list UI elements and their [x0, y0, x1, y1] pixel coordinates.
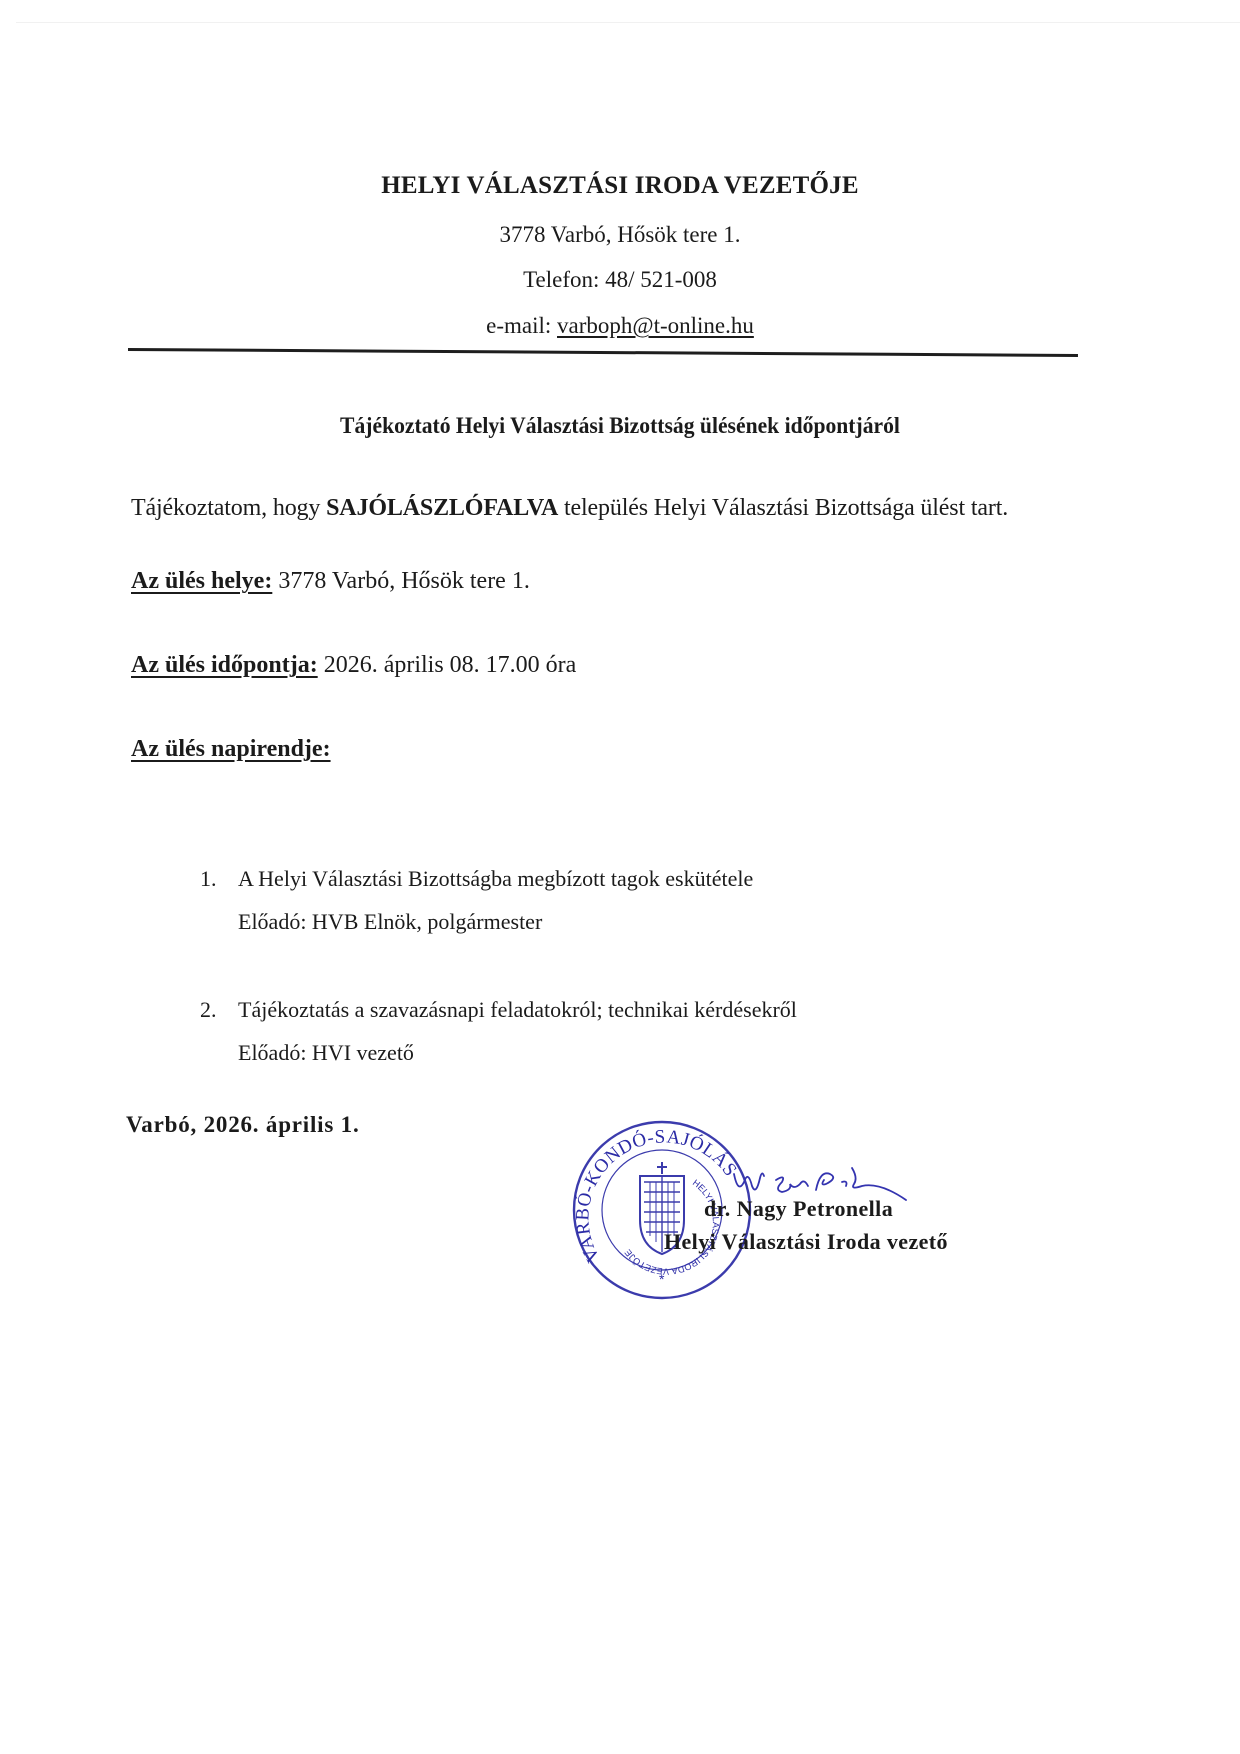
meeting-place: Az ülés helye: 3778 Varbó, Hősök tere 1. [131, 568, 530, 595]
agenda-item-speaker: Előadó: HVB Elnök, polgármester [238, 909, 753, 935]
agenda-item: 1.A Helyi Választási Bizottságba megbízo… [200, 866, 753, 935]
meeting-time-label: Az ülés időpontja: [131, 652, 318, 678]
settlement-name: SAJÓLÁSZLÓFALVA [326, 495, 558, 521]
stamp-star: * [659, 1271, 665, 1287]
meeting-time-value: 2026. április 08. 17.00 óra [318, 652, 577, 678]
office-email-line: e-mail: varboph@t-online.hu [0, 313, 1240, 339]
header-divider [128, 348, 1078, 357]
place-and-date: Varbó, 2026. április 1. [126, 1112, 360, 1138]
agenda-item-title: A Helyi Választási Bizottságba megbízott… [238, 866, 753, 891]
agenda-heading-label: Az ülés napirendje: [131, 736, 331, 762]
agenda-item-number: 2. [200, 997, 238, 1023]
signer-name: dr. Nagy Petronella [704, 1196, 893, 1222]
agenda-item: 2.Tájékoztatás a szavazásnapi feladatokr… [200, 997, 797, 1066]
scan-artifact-line [16, 22, 1240, 23]
intro-paragraph: Tájékoztatom, hogy SAJÓLÁSZLÓFALVA telep… [131, 495, 1008, 522]
agenda-item-speaker: Előadó: HVI vezető [238, 1040, 797, 1066]
signer-role: Helyi Választási Iroda vezető [664, 1229, 948, 1255]
meeting-place-value: 3778 Varbó, Hősök tere 1. [272, 568, 530, 594]
email-link[interactable]: varboph@t-online.hu [557, 313, 754, 338]
email-label: e-mail: [486, 313, 557, 338]
intro-text-after: település Helyi Választási Bizottsága ül… [558, 495, 1008, 521]
intro-text-before: Tájékoztatom, hogy [131, 495, 326, 521]
document-subject: Tájékoztató Helyi Választási Bizottság ü… [37, 413, 1203, 439]
meeting-time: Az ülés időpontja: 2026. április 08. 17.… [131, 652, 576, 679]
agenda-heading: Az ülés napirendje: [131, 736, 331, 763]
meeting-place-label: Az ülés helye: [131, 568, 272, 594]
agenda-item-title: Tájékoztatás a szavazásnapi feladatokról… [238, 997, 797, 1022]
agenda-item-number: 1. [200, 866, 238, 892]
office-address: 3778 Varbó, Hősök tere 1. [0, 222, 1240, 248]
office-phone: Telefon: 48/ 521-008 [0, 267, 1240, 293]
office-title: HELYI VÁLASZTÁSI IRODA VEZETŐJE [0, 172, 1240, 200]
